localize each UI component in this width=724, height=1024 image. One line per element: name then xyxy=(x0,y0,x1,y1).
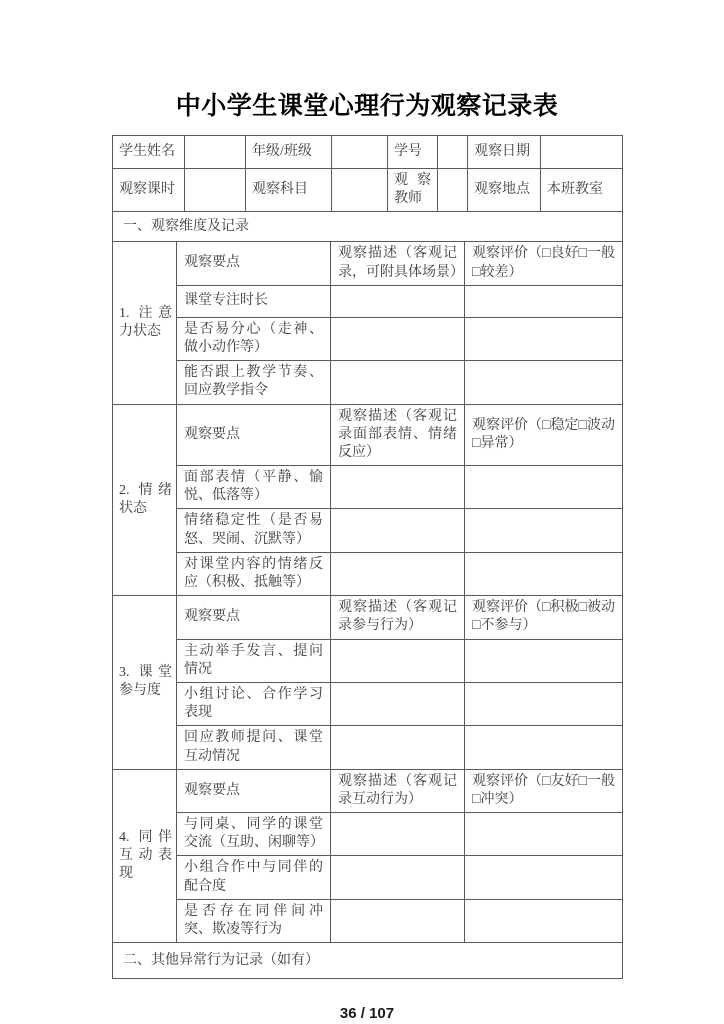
observation-point-cell: 是否存在同伴间冲突、欺凌等行为 xyxy=(177,899,331,942)
description-entry-cell xyxy=(331,285,465,317)
observation-row: 回应教师提问、课堂互动情况 xyxy=(113,726,623,769)
info-value-observe-teacher xyxy=(438,169,468,212)
description-header-cell: 观察描述（客观记录参与行为） xyxy=(331,596,465,639)
section-title-dimensions: 一、观察维度及记录 xyxy=(113,212,623,242)
observation-row: 与同桌、同学的课堂交流（互助、闲聊等） xyxy=(113,813,623,856)
description-entry-cell xyxy=(331,682,465,725)
evaluation-entry-cell xyxy=(465,509,623,552)
observation-point-cell: 小组合作中与同伴的配合度 xyxy=(177,856,331,899)
dimension-category-peer: 4. 同伴互动表现 xyxy=(113,769,177,943)
document-page: 中小学生课堂心理行为观察记录表 学生姓名 年级/班级 学号 观察日期 观察课时 … xyxy=(0,0,724,1024)
description-header-cell: 观察描述（客观记录面部表情、情绪反应） xyxy=(331,404,465,466)
description-entry-cell xyxy=(331,639,465,682)
info-label-student-name: 学生姓名 xyxy=(113,136,185,169)
observation-table: 一、观察维度及记录 1. 注意力状态 观察要点 观察描述（客观记录，可附具体场景… xyxy=(112,211,623,979)
description-entry-cell xyxy=(331,856,465,899)
info-row: 学生姓名 年级/班级 学号 观察日期 xyxy=(113,136,623,169)
observation-row: 是否存在同伴间冲突、欺凌等行为 xyxy=(113,899,623,942)
observation-row: 能否跟上教学节奏、回应教学指令 xyxy=(113,361,623,404)
page-title: 中小学生课堂心理行为观察记录表 xyxy=(112,86,622,122)
evaluation-header-cell: 观察评价（□良好□一般□较差） xyxy=(465,242,623,285)
info-label-grade-class: 年级/班级 xyxy=(246,136,332,169)
dimension-category-emotion: 2. 情绪状态 xyxy=(113,404,177,596)
evaluation-entry-cell xyxy=(465,899,623,942)
description-header-cell: 观察描述（客观记录互动行为） xyxy=(331,769,465,812)
evaluation-entry-cell xyxy=(465,639,623,682)
info-label-observe-teacher: 观察教师 xyxy=(388,169,438,212)
description-entry-cell xyxy=(331,899,465,942)
observation-point-cell: 小组讨论、合作学习表现 xyxy=(177,682,331,725)
evaluation-entry-cell xyxy=(465,682,623,725)
info-label-observe-date: 观察日期 xyxy=(468,136,541,169)
info-label-observe-period: 观察课时 xyxy=(113,169,185,212)
observation-point-cell: 与同桌、同学的课堂交流（互助、闲聊等） xyxy=(177,813,331,856)
evaluation-entry-cell xyxy=(465,726,623,769)
observation-row: 是否易分心（走神、做小动作等） xyxy=(113,317,623,360)
info-label-student-id: 学号 xyxy=(388,136,438,169)
evaluation-entry-cell xyxy=(465,361,623,404)
info-value-observe-period xyxy=(185,169,246,212)
observation-row: 小组合作中与同伴的配合度 xyxy=(113,856,623,899)
observation-point-cell: 是否易分心（走神、做小动作等） xyxy=(177,317,331,360)
description-entry-cell xyxy=(331,509,465,552)
section-title-other: 二、其他异常行为记录（如有） xyxy=(113,943,623,979)
description-entry-cell xyxy=(331,813,465,856)
description-entry-cell xyxy=(331,726,465,769)
info-label-observe-subject: 观察科目 xyxy=(246,169,332,212)
evaluation-header-cell: 观察评价（□稳定□波动□异常） xyxy=(465,404,623,466)
evaluation-entry-cell xyxy=(465,466,623,509)
evaluation-entry-cell xyxy=(465,285,623,317)
description-entry-cell xyxy=(331,317,465,360)
evaluation-header-cell: 观察评价（□积极□被动□不参与） xyxy=(465,596,623,639)
observation-point-cell: 回应教师提问、课堂互动情况 xyxy=(177,726,331,769)
info-table: 学生姓名 年级/班级 学号 观察日期 观察课时 观察科目 观察教师 观察地点 本… xyxy=(112,135,623,212)
observation-row: 情绪稳定性（是否易怒、哭闹、沉默等） xyxy=(113,509,623,552)
dimension-header-row: 3. 课堂参与度 观察要点 观察描述（客观记录参与行为） 观察评价（□积极□被动… xyxy=(113,596,623,639)
info-value-student-name xyxy=(185,136,246,169)
points-header-cell: 观察要点 xyxy=(177,769,331,812)
observation-point-cell: 情绪稳定性（是否易怒、哭闹、沉默等） xyxy=(177,509,331,552)
observation-point-cell: 课堂专注时长 xyxy=(177,285,331,317)
evaluation-entry-cell xyxy=(465,317,623,360)
description-entry-cell xyxy=(331,361,465,404)
dimension-header-row: 4. 同伴互动表现 观察要点 观察描述（客观记录互动行为） 观察评价（□友好□一… xyxy=(113,769,623,812)
observation-row: 对课堂内容的情绪反应（积极、抵触等） xyxy=(113,552,623,595)
observation-point-cell: 能否跟上教学节奏、回应教学指令 xyxy=(177,361,331,404)
dimension-header-row: 2. 情绪状态 观察要点 观察描述（客观记录面部表情、情绪反应） 观察评价（□稳… xyxy=(113,404,623,466)
description-entry-cell xyxy=(331,466,465,509)
section-title-row: 一、观察维度及记录 xyxy=(113,212,623,242)
points-header-cell: 观察要点 xyxy=(177,596,331,639)
description-entry-cell xyxy=(331,552,465,595)
evaluation-entry-cell xyxy=(465,552,623,595)
observation-point-cell: 主动举手发言、提问情况 xyxy=(177,639,331,682)
observation-row: 主动举手发言、提问情况 xyxy=(113,639,623,682)
info-value-observe-date xyxy=(541,136,623,169)
info-value-student-id xyxy=(438,136,468,169)
evaluation-header-cell: 观察评价（□友好□一般□冲突） xyxy=(465,769,623,812)
dimension-category-attention: 1. 注意力状态 xyxy=(113,242,177,404)
evaluation-entry-cell xyxy=(465,813,623,856)
info-value-grade-class xyxy=(332,136,388,169)
observation-row: 小组讨论、合作学习表现 xyxy=(113,682,623,725)
section-title-row: 二、其他异常行为记录（如有） xyxy=(113,943,623,979)
observation-point-cell: 对课堂内容的情绪反应（积极、抵触等） xyxy=(177,552,331,595)
observation-point-cell: 面部表情（平静、愉悦、低落等） xyxy=(177,466,331,509)
observation-row: 面部表情（平静、愉悦、低落等） xyxy=(113,466,623,509)
info-value-observe-subject xyxy=(332,169,388,212)
evaluation-entry-cell xyxy=(465,856,623,899)
info-value-observe-location: 本班教室 xyxy=(541,169,623,212)
page-number: 36 / 107 xyxy=(112,1005,622,1022)
info-label-observe-location: 观察地点 xyxy=(468,169,541,212)
points-header-cell: 观察要点 xyxy=(177,404,331,466)
points-header-cell: 观察要点 xyxy=(177,242,331,285)
dimension-category-participation: 3. 课堂参与度 xyxy=(113,596,177,770)
info-row: 观察课时 观察科目 观察教师 观察地点 本班教室 xyxy=(113,169,623,212)
description-header-cell: 观察描述（客观记录，可附具体场景） xyxy=(331,242,465,285)
dimension-header-row: 1. 注意力状态 观察要点 观察描述（客观记录，可附具体场景） 观察评价（□良好… xyxy=(113,242,623,285)
observation-row: 课堂专注时长 xyxy=(113,285,623,317)
